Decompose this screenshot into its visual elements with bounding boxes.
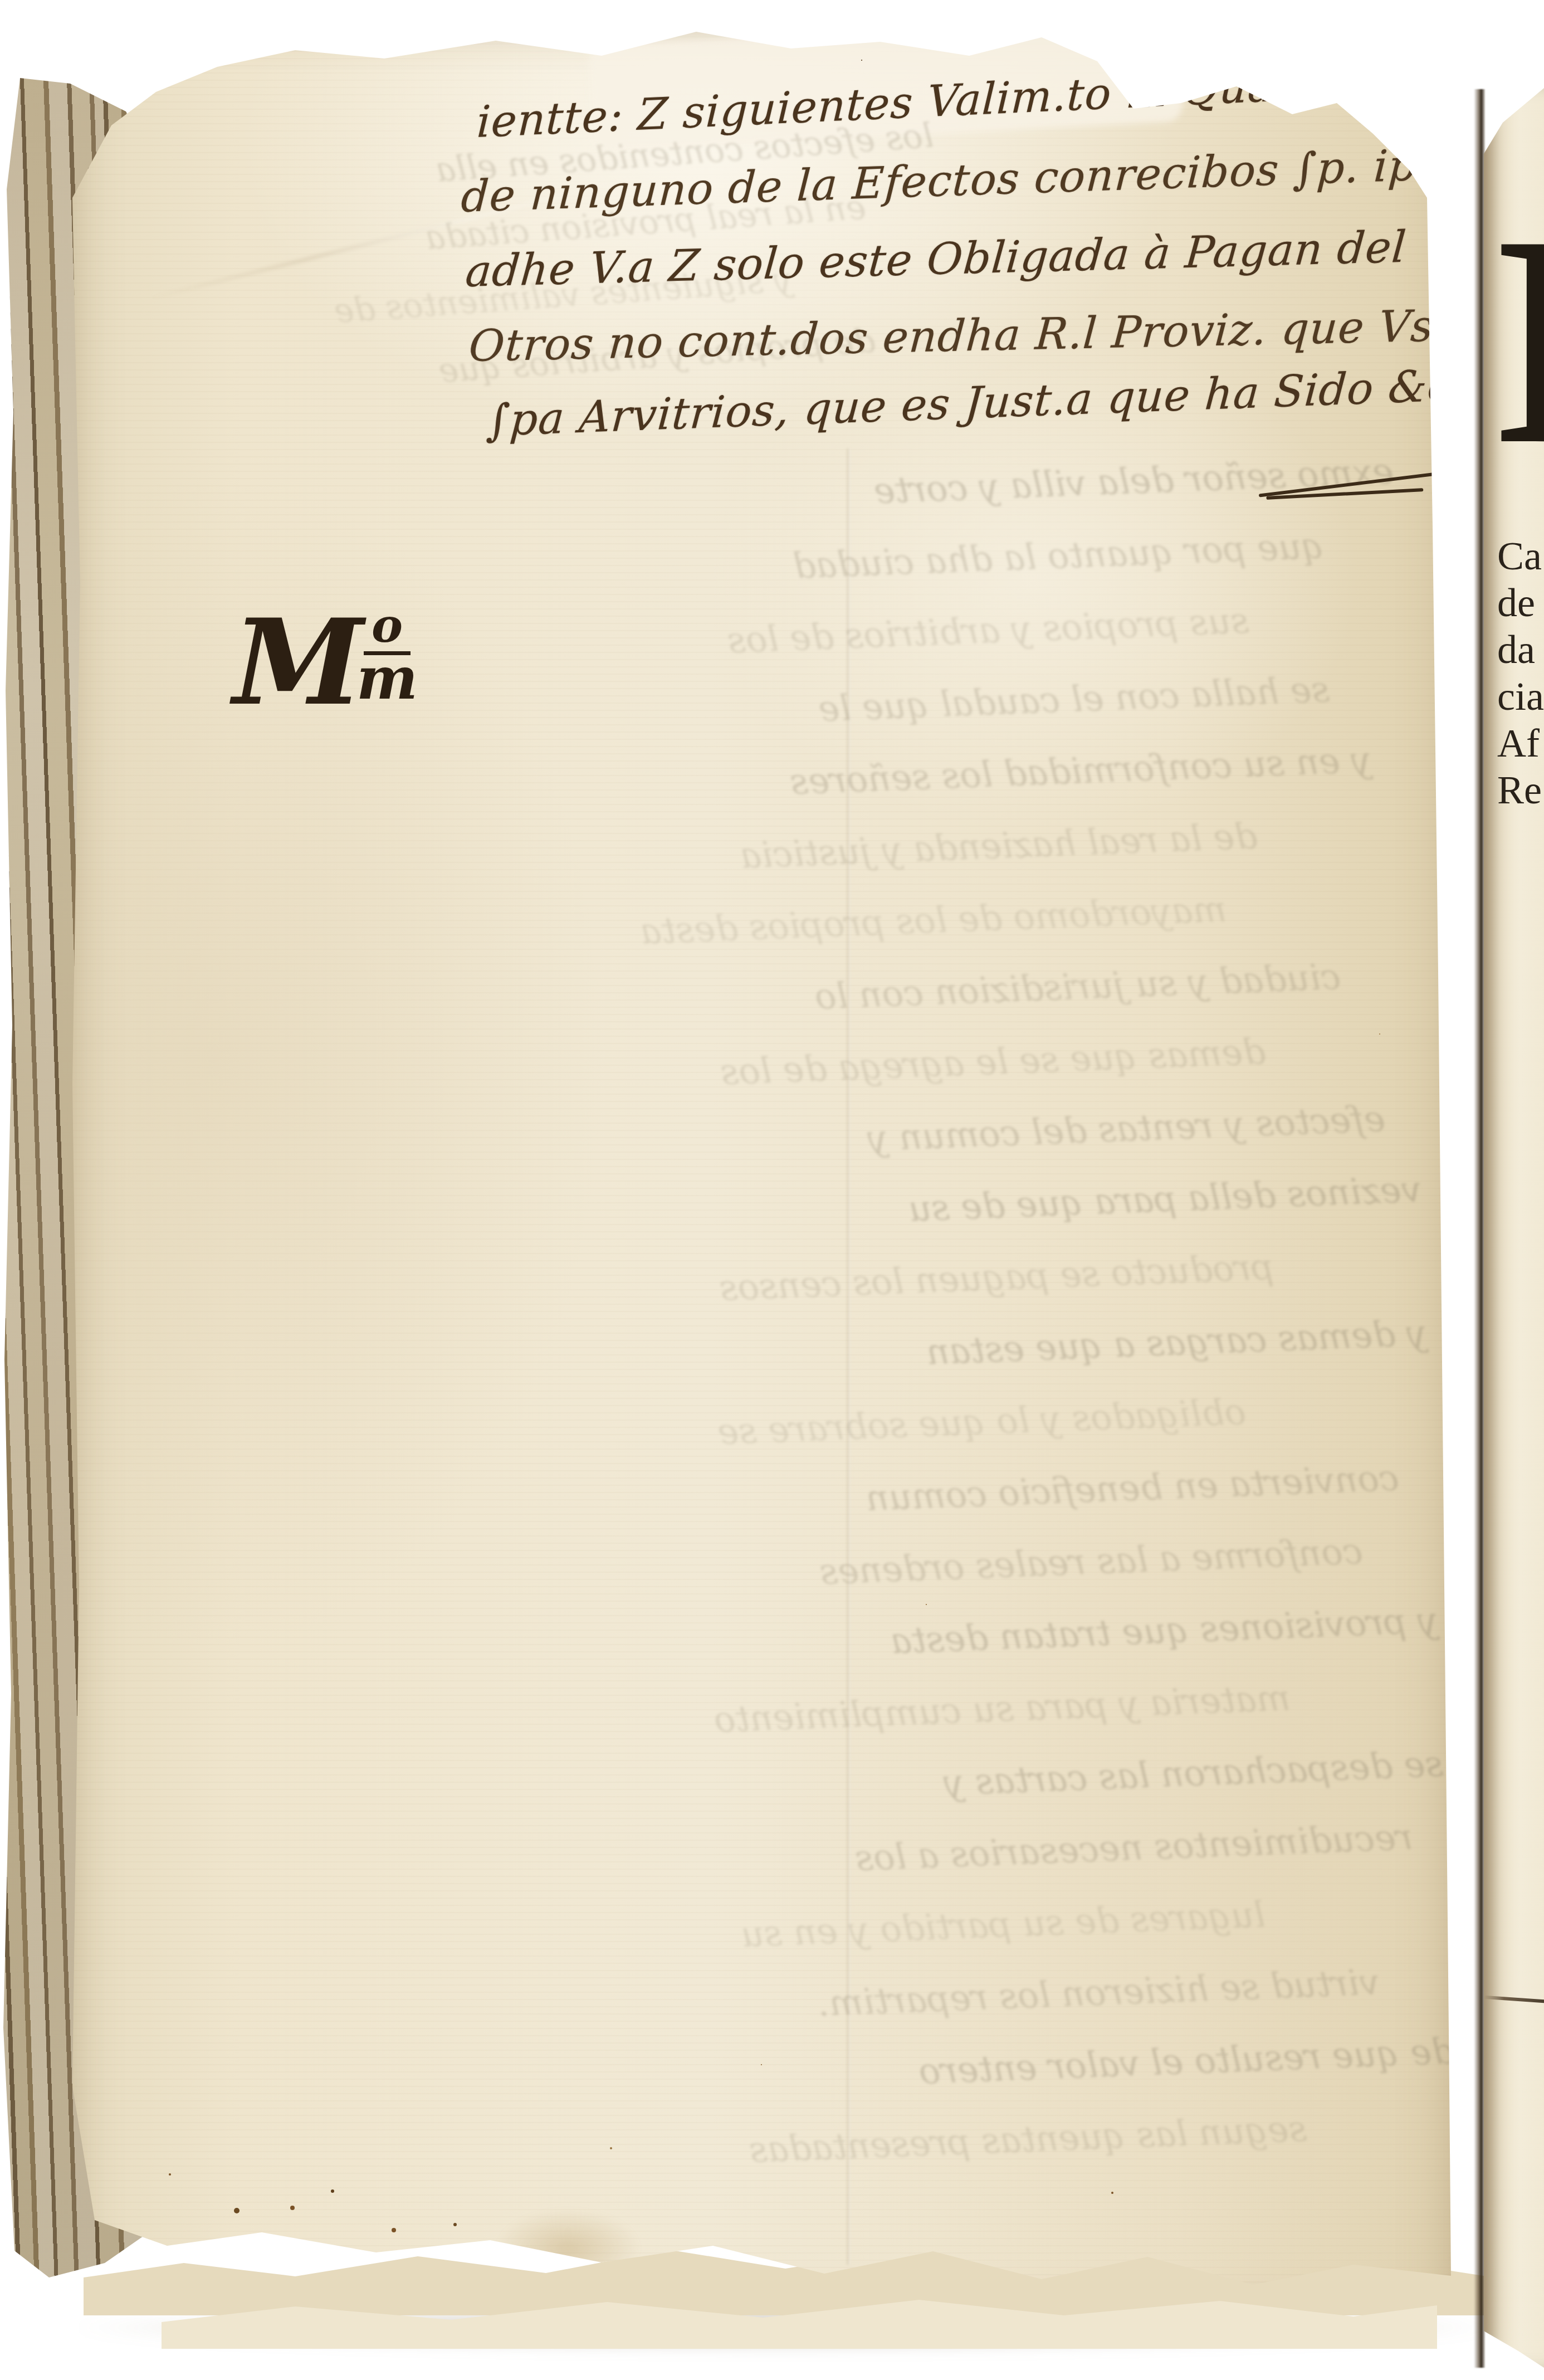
- printed-line-fragment: Ca: [1497, 533, 1544, 579]
- monogram-subscript: m: [356, 652, 418, 705]
- gutter-shadow: [1474, 89, 1485, 2368]
- printed-line-fragment: de: [1497, 579, 1544, 626]
- printed-line-fragment: da: [1497, 626, 1544, 673]
- foxing-spots: [234, 2208, 240, 2213]
- printed-line-fragment: Re: [1497, 767, 1544, 813]
- facing-printed-page: D CadedaciaAfRe: [1484, 88, 1544, 2368]
- monogram: M o m: [233, 603, 433, 731]
- printed-drop-cap: D: [1496, 228, 1544, 451]
- printed-line-fragment: Af: [1497, 720, 1544, 767]
- handwritten-text-block: ientte: Z siguientes Valim.to ni Quatros…: [462, 85, 1459, 459]
- manuscript-scan: los efectos contenidos en ellaen la real…: [0, 0, 1544, 2380]
- monogram-abbreviation: o m: [356, 600, 418, 705]
- manuscript-page: los efectos contenidos en ellaen la real…: [72, 25, 1484, 2326]
- printed-line-fragments: CadedaciaAfRe: [1497, 533, 1544, 813]
- page-tear-line: [1484, 1996, 1544, 2003]
- printed-line-fragment: cia: [1497, 673, 1544, 720]
- monogram-letter: M: [233, 593, 364, 731]
